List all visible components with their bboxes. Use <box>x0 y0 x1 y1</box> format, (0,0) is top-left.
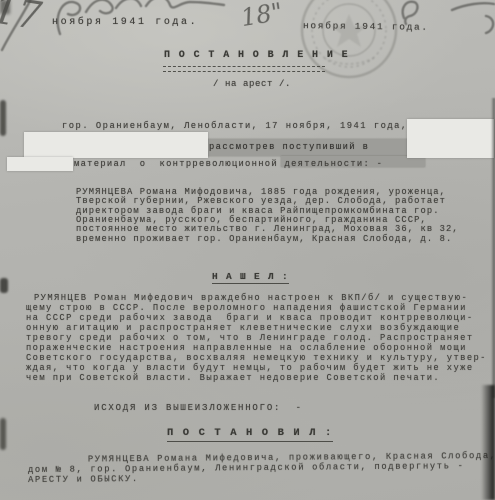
subject-line: временно проживает гор. Ораниенбаум, Кра… <box>76 235 459 244</box>
subject-paragraph: РУМЯНЦЕВА Романа Мифодовича, 1885 года р… <box>76 188 459 244</box>
redaction-box-left <box>24 132 208 158</box>
found-line: ждая, что когда у власти будут немцы, то… <box>26 363 487 373</box>
found-line: пораженческие настроения направленные на… <box>26 343 487 353</box>
found-heading: Н А Ш Е Л : <box>212 271 289 284</box>
found-paragraph: РУМЯНЦЕВ Роман Мифедович враждебно настр… <box>26 293 487 383</box>
scanned-document-page: 17 18" ноября 1941 года. ноября 1941 год… <box>0 0 495 500</box>
found-line: щему строю в СССР. После вероломного нап… <box>26 303 487 313</box>
resolved-heading: П О С Т А Н О В И Л : <box>167 427 333 442</box>
scan-artifact <box>481 385 495 500</box>
intro-material-line: материал о контрреволюционной деятельнос… <box>74 159 383 169</box>
title-underline <box>163 66 325 72</box>
found-line: на СССР среди рабочих завода браги и ква… <box>26 313 487 323</box>
scan-artifact <box>491 98 495 398</box>
found-line: Советского государства, восхваляя немецк… <box>26 353 487 363</box>
found-line: чем при Советской власти. Выражает недов… <box>26 373 487 383</box>
found-line: РУМЯНЦЕВ Роман Мифедович враждебно настр… <box>26 293 487 303</box>
redaction-box-right <box>407 119 494 158</box>
scan-artifact <box>0 418 6 450</box>
resolution-paragraph: РУМЯНЦЕВА Романа Мифедовича, проживающег… <box>28 452 495 485</box>
intro-location-line: гор. Ораниенбаум, Ленобласти, 17 ноября,… <box>62 121 408 131</box>
scan-artifact <box>0 278 8 293</box>
scan-artifact <box>0 100 6 136</box>
intro-reviewed-line: рассмотрев поступивший в <box>209 142 369 152</box>
found-line: онную агитацию и распространяет клеветни… <box>26 323 487 333</box>
resolution-line: АРЕСТУ и ОБЫСКУ. <box>28 472 495 486</box>
document-subtitle: / на арест /. <box>213 79 291 89</box>
found-line: тревогу среди рабочих о том, что в Ленин… <box>26 333 487 343</box>
proceeding-line: ИСХОДЯ ИЗ ВЫШЕИЗЛОЖЕННОГО: - <box>94 403 303 413</box>
redaction-box-left-lower <box>7 157 73 171</box>
handwritten-day-left: 17 <box>0 0 45 39</box>
